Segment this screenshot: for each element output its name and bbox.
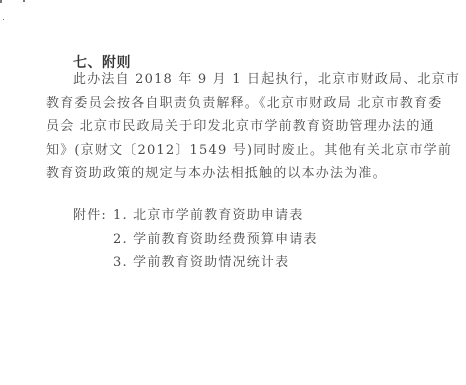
paragraph-line: 知》(京财文〔2012〕1549 号)同时废止。其他有关北京市学前	[46, 139, 420, 163]
attachment-item: 1. 北京市学前教育资助申请表	[113, 204, 304, 228]
scan-speck	[0, 0, 2, 3]
scan-speck	[3, 19, 4, 20]
scan-speck	[23, 0, 25, 2]
section-paragraph: 此办法自 2018 年 9 月 1 日起执行，北京市财政局、北京市 教育委员会按…	[46, 68, 420, 186]
paragraph-line: 此办法自 2018 年 9 月 1 日起执行，北京市财政局、北京市	[46, 68, 420, 92]
paragraph-line: 员会 北京市民政局关于印发北京市学前教育资助管理办法的通	[46, 115, 420, 139]
attachments-label: 附件:	[73, 204, 113, 228]
attachments-list: 附件: 1. 北京市学前教育资助申请表 2. 学前教育资助经费预算申请表 3. …	[73, 204, 318, 275]
attachment-item: 3. 学前教育资助情况统计表	[113, 251, 289, 275]
paragraph-line: 教育委员会按各自职责负责解释。《北京市财政局 北京市教育委	[46, 92, 420, 116]
paragraph-line: 教育资助政策的规定与本办法相抵触的以本办法为准。	[46, 162, 420, 186]
attachment-item: 2. 学前教育资助经费预算申请表	[113, 228, 318, 252]
